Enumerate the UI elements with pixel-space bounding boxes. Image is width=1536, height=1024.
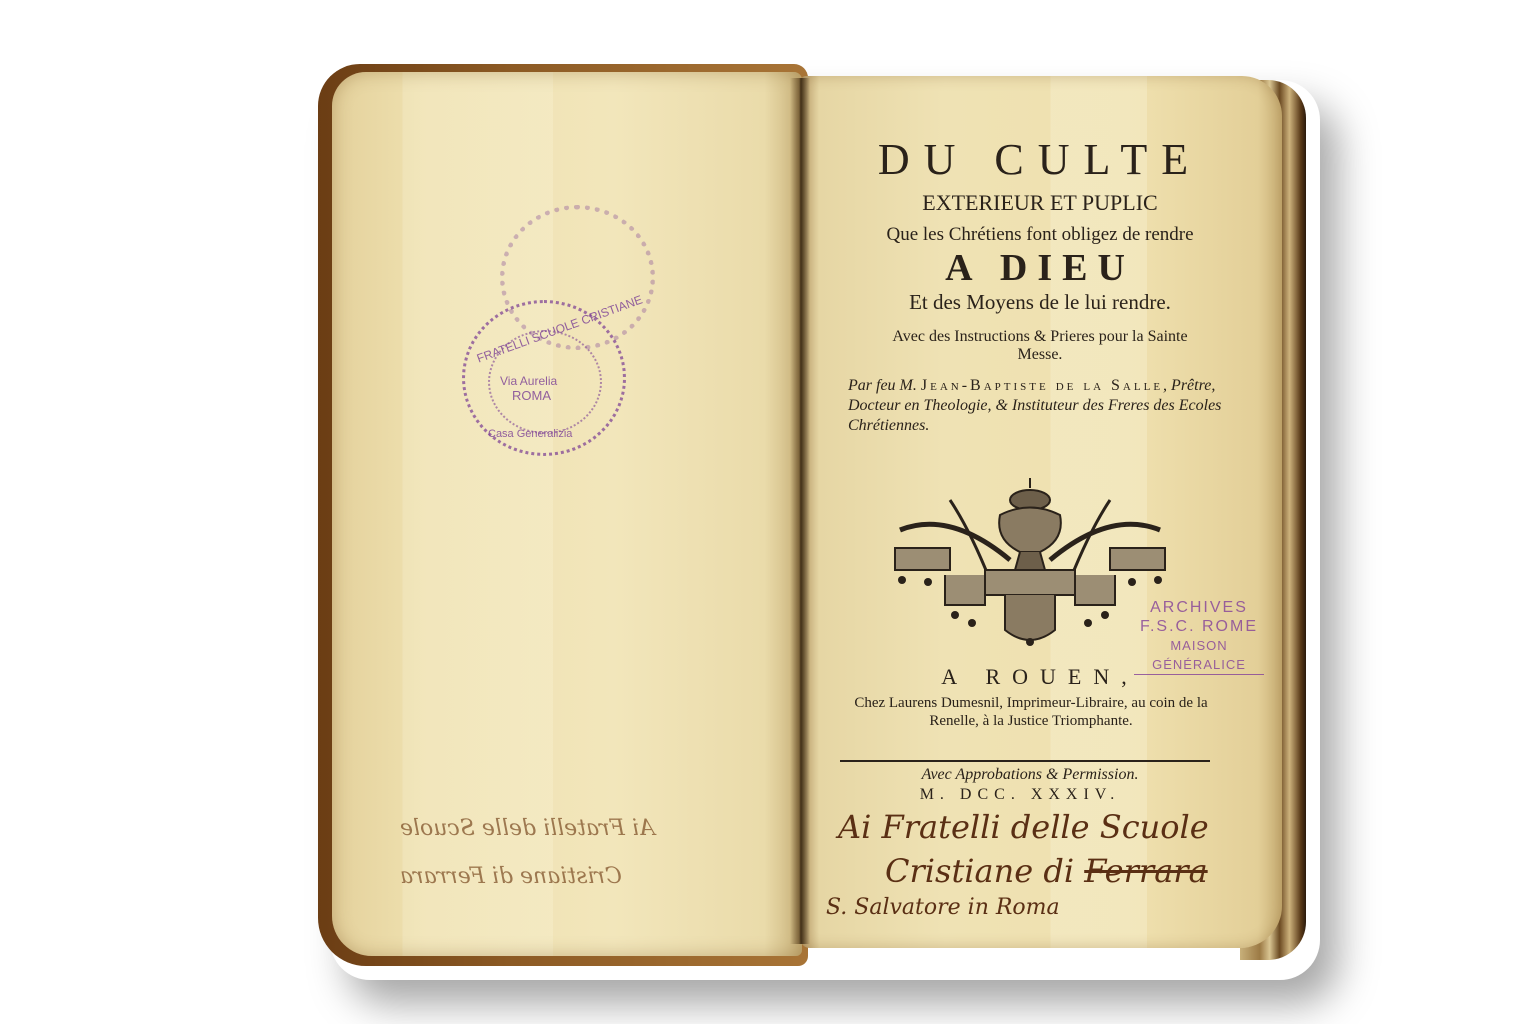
open-antique-book: FRATELLI SCUOLE CRISTIANE Via Aurelia RO… [0, 0, 1536, 1024]
publication-place: A ROUEN, [840, 664, 1240, 690]
subtitle-line-2: Que les Chrétiens font obligez de rendre [840, 224, 1240, 246]
engraved-urn-ornament-icon [890, 470, 1170, 650]
inscription-line-1: Ai Fratelli delle Scuole [838, 808, 1209, 846]
imprint-divider-rule [840, 760, 1210, 762]
inscription-line-2-text: Cristiane di [885, 852, 1084, 890]
inscription-struck-word: Ferrara [1084, 852, 1207, 890]
inscription-line-3: S. Salvatore in Roma [826, 895, 1060, 920]
subtitle-line-1: EXTERIEUR ET PUPLIC [840, 190, 1240, 216]
subtitle-line-5: Avec des Instructions & Prieres pour la … [840, 328, 1240, 364]
stamp-bottom-text: Casa Generalizia [488, 428, 572, 440]
stamp-center-line-2: ROMA [512, 388, 551, 403]
archives-stamp-line-1: ARCHIVES [1134, 598, 1264, 617]
ink-bleed-through-line-1: Ai Fratelli delle Scuole [400, 816, 655, 841]
stamp-center-line-1: Via Aurelia [500, 374, 557, 388]
archives-stamp-line-2: F.S.C. ROME [1134, 617, 1264, 636]
subtitle-a-dieu: A DIEU [840, 246, 1240, 290]
printer-imprint: Chez Laurens Dumesnil, Imprimeur-Librair… [836, 694, 1226, 730]
publication-date: M. DCC. XXXIV. [840, 786, 1200, 804]
inscription-line-2: Cristiane di Ferrara [885, 852, 1208, 890]
book-title: DU CULTE [840, 134, 1240, 185]
author-name: Jean-Baptiste de la Salle [921, 377, 1163, 394]
subtitle-line-4: Et des Moyens de le lui rendre. [840, 290, 1240, 315]
author-prefix: Par feu M. [848, 377, 917, 394]
approbation-line: Avec Approbations & Permission. [840, 766, 1220, 784]
book-gutter [790, 78, 810, 944]
ink-bleed-through-line-2: Cristiane di Ferrara [400, 864, 622, 889]
author-credit: Par feu M. Jean-Baptiste de la Salle, Pr… [848, 376, 1228, 436]
